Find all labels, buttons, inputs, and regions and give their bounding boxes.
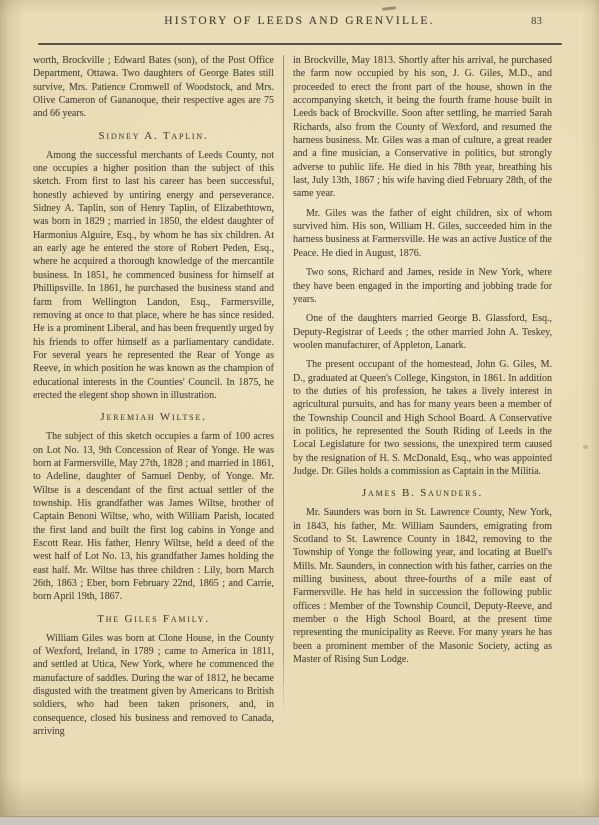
- right-column: in Brockville, May 1813. Shortly after h…: [293, 54, 552, 744]
- paragraph-daughters: One of the daughters married George B. G…: [293, 312, 552, 352]
- page-number: 83: [531, 15, 542, 27]
- section-heading-jeremiah-wiltse: Jeremiah Wiltse.: [33, 411, 274, 423]
- scan-speck: [583, 445, 588, 449]
- two-column-text-area: worth, Brockville ; Edward Bates (son), …: [0, 45, 599, 744]
- scan-bottom-edge: [0, 816, 599, 825]
- paragraph-saunders: Mr. Saunders was born in St. Lawrence Co…: [293, 506, 552, 666]
- section-heading-giles-family: The Giles Family.: [33, 613, 274, 625]
- paragraph-homestead-occupant: The present occupant of the homestead, J…: [293, 358, 552, 478]
- left-column: worth, Brockville ; Edward Bates (son), …: [33, 54, 274, 744]
- column-divider-rule: [283, 55, 284, 717]
- paragraph-giles-continuation: in Brockville, May 1813. Shortly after h…: [293, 54, 552, 201]
- paragraph-giles-children: Mr. Giles was the father of eight childr…: [293, 207, 552, 260]
- paragraph-two-sons: Two sons, Richard and James, reside in N…: [293, 266, 552, 306]
- page-header: HISTORY OF LEEDS AND GRENVILLE. 83: [0, 0, 599, 40]
- paragraph-wiltse: The subject of this sketch occupies a fa…: [33, 430, 274, 603]
- paragraph-taplin: Among the successful merchants of Leeds …: [33, 149, 274, 403]
- scanned-book-page: HISTORY OF LEEDS AND GRENVILLE. 83 worth…: [0, 0, 599, 825]
- paragraph-bates-continuation: worth, Brockville ; Edward Bates (son), …: [33, 54, 274, 121]
- section-heading-james-b-saunders: James B. Saunders.: [293, 487, 552, 499]
- paragraph-giles-family: William Giles was born at Clone House, i…: [33, 632, 274, 739]
- section-heading-sidney-a-taplin: Sidney A. Taplin.: [33, 130, 274, 142]
- running-header-title: HISTORY OF LEEDS AND GRENVILLE.: [0, 15, 599, 27]
